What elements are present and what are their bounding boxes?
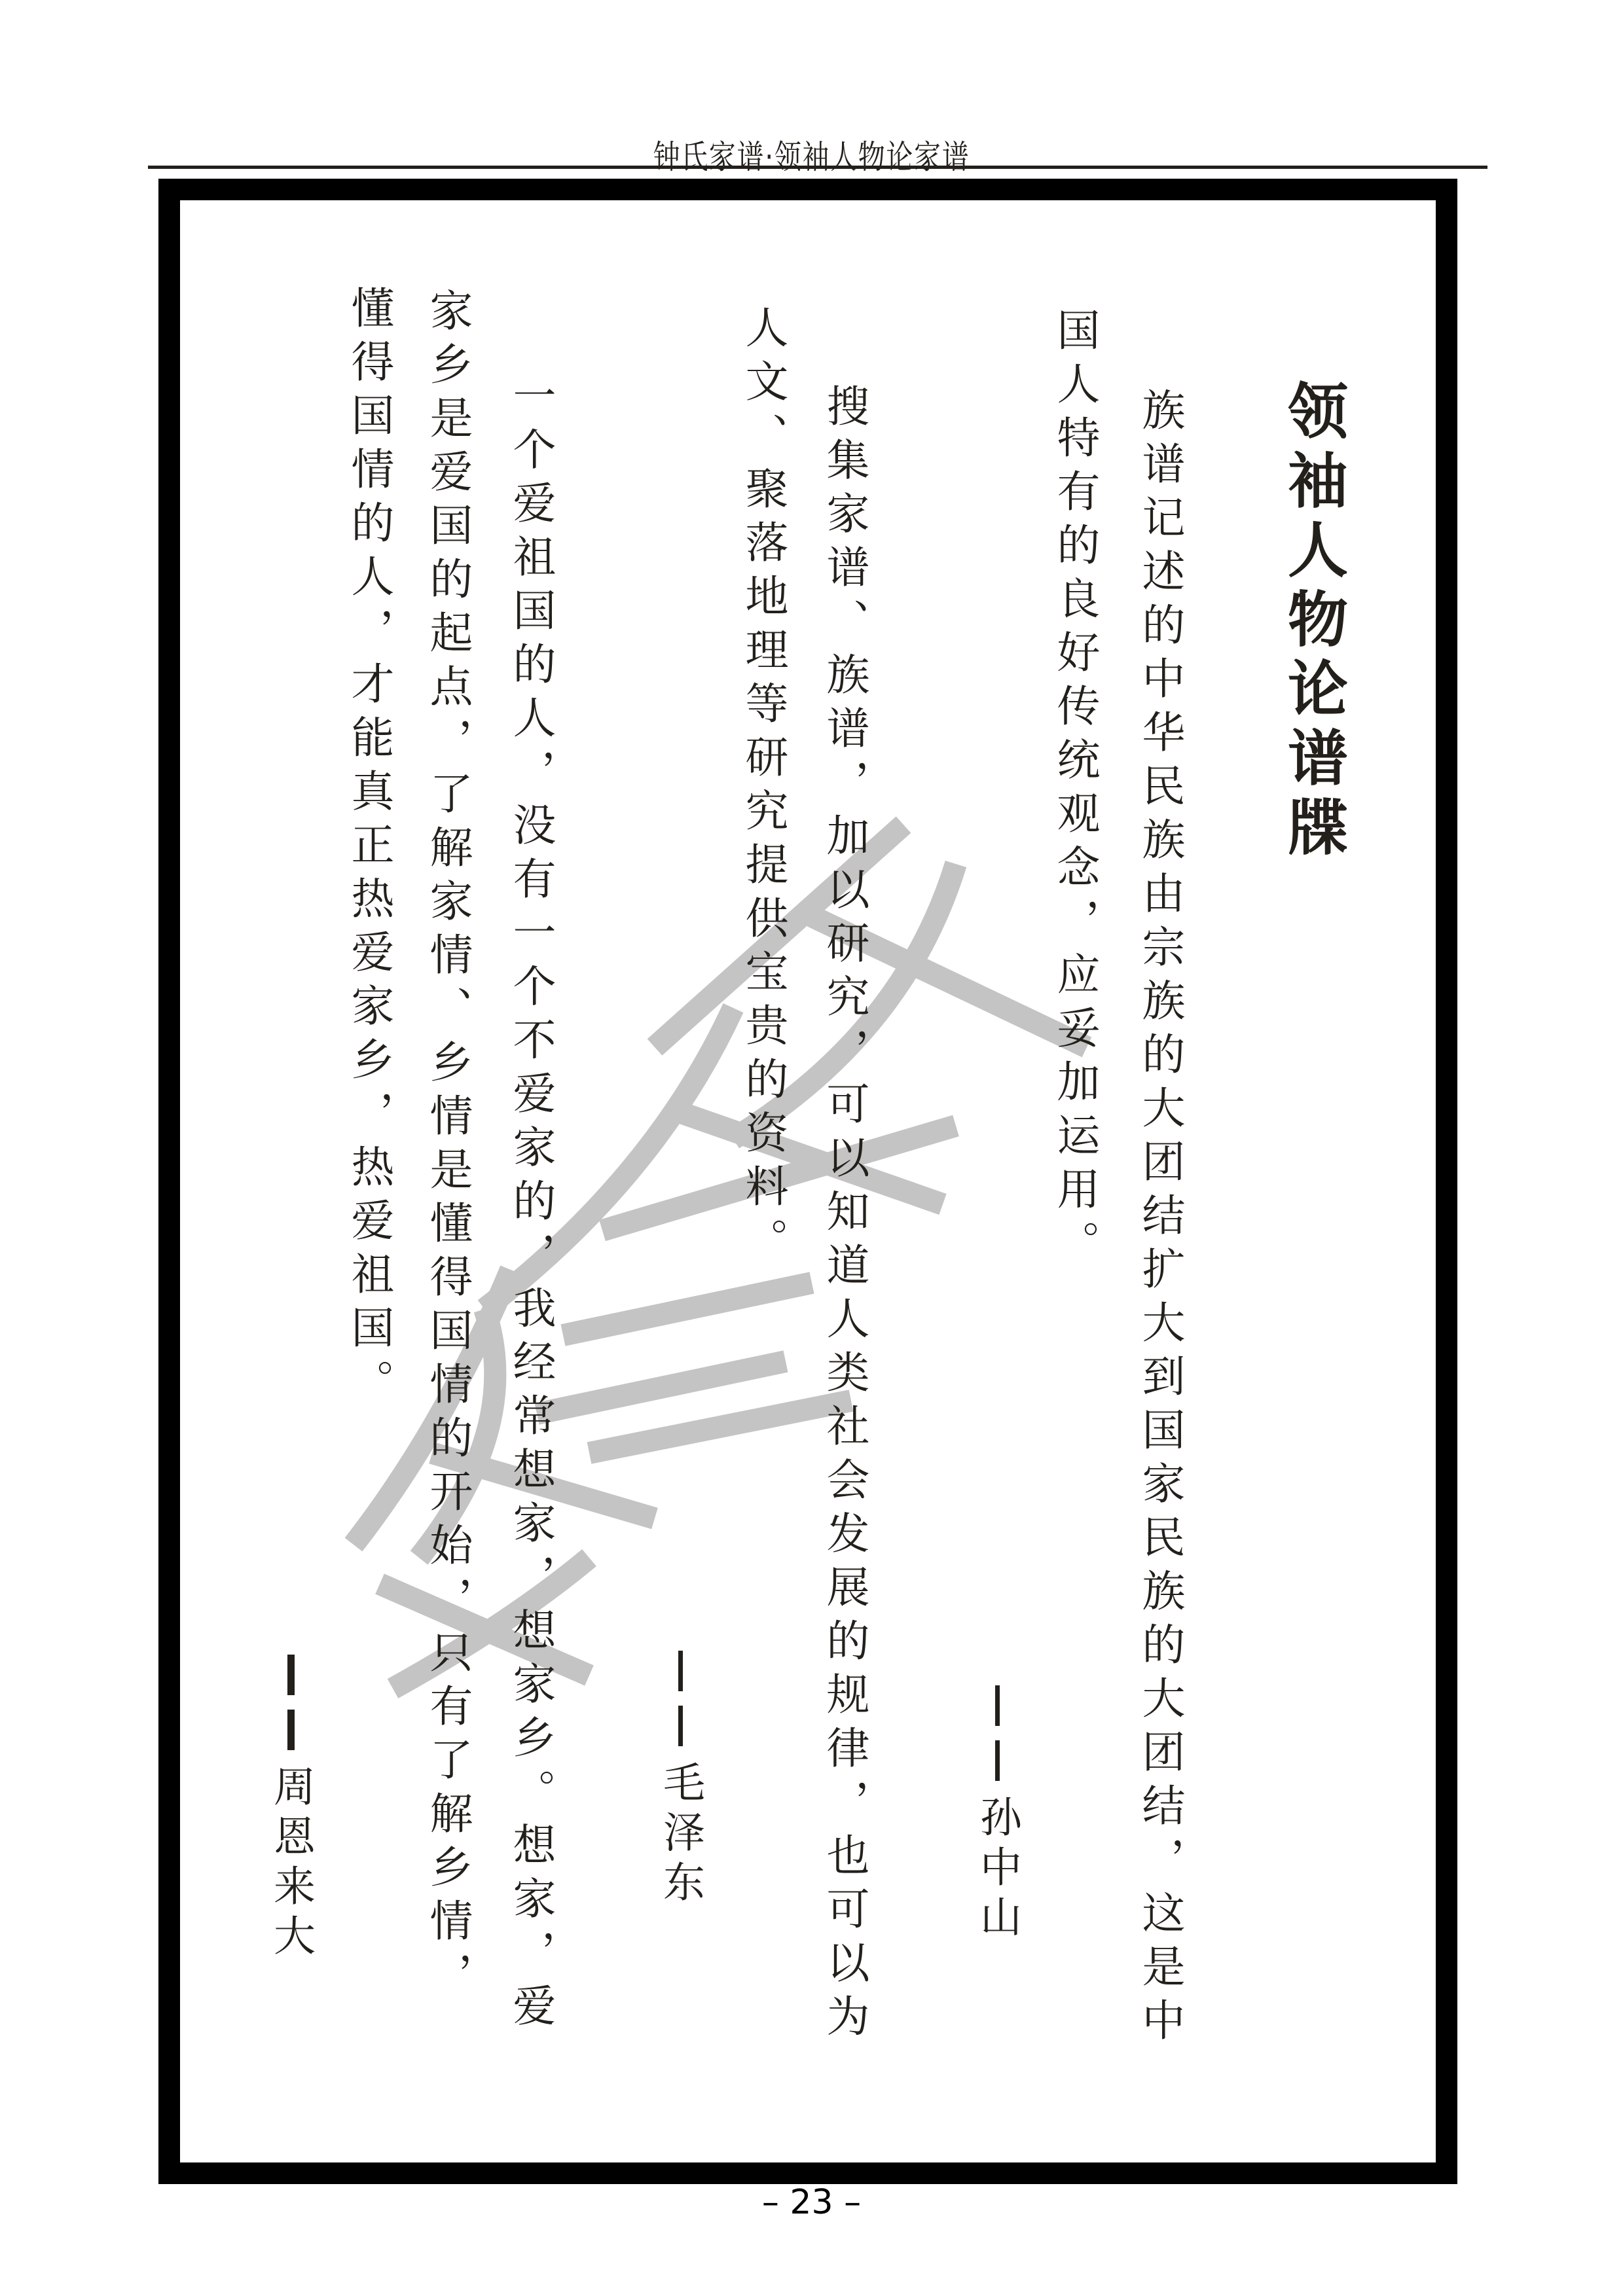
em-dash-segment — [995, 1740, 1000, 1781]
em-dash-segment — [995, 1685, 1000, 1726]
page-title: 领袖人物论谱牒 — [1283, 380, 1343, 865]
attribution-name: 毛泽东 — [659, 1761, 701, 1910]
quote-3-line-3: 懂得国情的人，才能真正热爱家乡，热爱祖国。 — [347, 285, 390, 1412]
header-rule — [148, 166, 1487, 169]
quote-1-line-1: 族谱记述的中华民族由宗族的大团结扩大到国家民族的大团结，这是中 — [1138, 387, 1181, 2051]
quote-3-line-2: 家乡是爱国的起点，了解家情、乡情是懂得国情的开始，只有了解乡情， — [426, 288, 469, 2005]
quote-1-line-2: 国人特有的良好传统观念，应妥加运用。 — [1053, 308, 1096, 1274]
attribution-name: 周恩来大 — [270, 1765, 312, 1964]
quote-2-line-2: 人文、聚落地理等研究提供宝贵的资料。 — [741, 305, 784, 1271]
em-dash-segment — [678, 1651, 683, 1691]
page-number: – 23 – — [0, 2183, 1623, 2222]
em-dash-segment — [287, 1710, 295, 1750]
attribution-name: 孙中山 — [976, 1795, 1018, 1945]
em-dash-segment — [678, 1706, 683, 1746]
quote-2-line-1: 搜集家谱、族谱，加以研究，可以知道人类社会发展的规律，也可以为 — [822, 384, 866, 2047]
quote-3-line-1: 一个爱祖国的人，没有一个不爱家的，我经常想家，想家乡。想家，爱 — [509, 373, 552, 2037]
quote-3-attribution: 周恩来大 — [270, 1655, 312, 1964]
running-header: 钟氏家谱·领袖人物论家谱 — [146, 131, 1477, 178]
quote-2-attribution: 毛泽东 — [659, 1651, 701, 1910]
quote-1-attribution: 孙中山 — [976, 1685, 1018, 1945]
em-dash-segment — [287, 1655, 295, 1695]
